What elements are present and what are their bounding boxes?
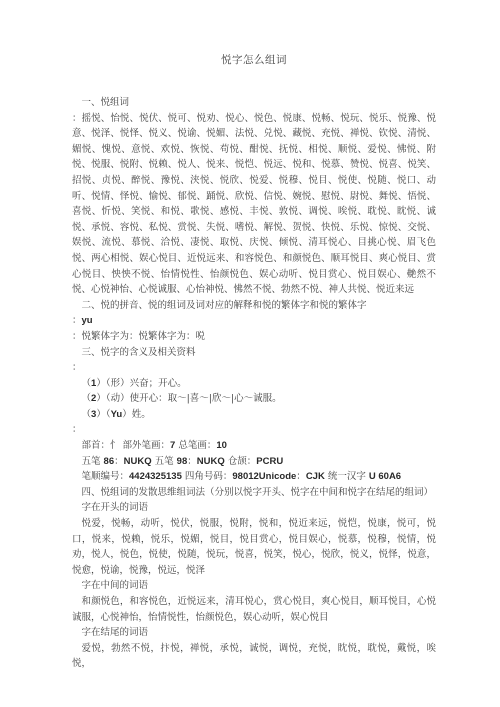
cjk-text-run: 五笔 [152,456,177,467]
latin-text-run: PCRU [256,456,283,467]
document-body: 一、悦组词：摇悦、怡悦、悦伏、悦可、悦劝、悦心、悦色、悦康、悦畅、悦玩、悦乐、悦… [72,95,436,672]
colon-line-1: ： [72,360,436,376]
section-2-heading: 二、悦的拼音、悦的组词及词对应的解释和悦的繁体字和悦的繁体字 [72,298,436,314]
section-3-heading: 三、悦字的含义及相关资料 [72,345,436,361]
word-list-start: 悦爱，悦畅，动听，悦伏，悦服，悦附，悦和，悦近来远，悦恺，悦康，悦可，悦口，悦来… [72,516,436,578]
cjk-text-run: ）（形）兴奋；开心。 [96,378,186,389]
document-page: 悦字怎么组词 一、悦组词：摇悦、怡悦、悦伏、悦可、悦劝、悦心、悦色、悦康、悦畅、… [0,0,500,707]
definition-3: （3）（Yu）姓。 [72,407,436,423]
cjk-text-run: 三、悦字的含义及相关资料 [82,347,196,358]
pinyin-line: ：yu [72,313,436,329]
cjk-text-run: 统一汉字 [325,471,369,482]
cjk-text-run: ： [114,456,124,467]
cjk-text-run: ： [72,362,82,373]
radical-stroke-line: 部首：忄 部外笔画：7 总笔画：10 [72,438,436,454]
section-1-heading: 一、悦组词 [72,95,436,111]
cjk-text-run: （ [82,378,92,389]
colon-line-2: ： [72,422,436,438]
cjk-text-run: ）姓。 [122,409,151,420]
wubi-cangjie-line: 五笔 86：NUKQ 五笔 98：NUKQ 仓颉：PCRU [72,454,436,470]
cjk-text-run: ： [72,424,82,435]
cjk-text-run: 爱悦，勃然不悦，抃悦，禅悦，承悦，诚悦，调悦，充悦，眈悦，耽悦，戴悦，唉悦， [72,643,436,670]
cjk-text-run: 字在结尾的词语 [82,627,149,638]
latin-text-run: Yu [111,409,123,420]
word-list-middle: 和颜悦色，和容悦色，近悦远来，清耳悦心，赏心悦目，爽心悦目，顺耳悦目，心悦诚服，… [72,594,436,625]
stroke-order-unicode-line: 笔顺编号：4424325135 四角号码：98012Unicode：CJK 统一… [72,469,436,485]
cjk-text-run: 笔顺编号： [82,471,130,482]
cjk-text-run: 一、悦组词 [82,97,130,108]
cjk-text-run: 仓颉： [225,456,257,467]
latin-text-run: 4424325135 [129,471,182,482]
cjk-text-run: ）（ [96,409,110,420]
traditional-form-line: ：悦繁体字为：悦繁体字为：哾 [72,329,436,345]
section-4-heading: 四、悦组词的发散思维组词法（分别以悦字开头、悦字在中间和悦字在结尾的组词） [72,485,436,501]
cjk-text-run: ： [296,471,306,482]
cjk-text-run: ：摇悦、怡悦、悦伏、悦可、悦劝、悦心、悦色、悦康、悦畅、悦玩、悦乐、悦豫、悦意、… [72,113,436,296]
cjk-text-run: 字在中间的词语 [82,580,149,591]
definition-1: （1）（形）兴奋；开心。 [72,376,436,392]
cjk-text-run: 字在开头的词语 [82,502,149,513]
subheading-middle: 字在中间的词语 [72,578,436,594]
cjk-text-run: 部首：忄 部外笔画： [82,440,171,451]
section-1-word-list: ：摇悦、怡悦、悦伏、悦可、悦劝、悦心、悦色、悦康、悦畅、悦玩、悦乐、悦豫、悦意、… [72,111,436,298]
cjk-text-run: 和颜悦色，和容悦色，近悦远来，清耳悦心，赏心悦目，爽心悦目，顺耳悦目，心悦诚服，… [72,596,436,623]
document-title: 悦字怎么组词 [72,52,436,67]
latin-text-run: 10 [216,440,227,451]
subheading-end: 字在结尾的词语 [72,625,436,641]
latin-text-run: CJK [306,471,325,482]
cjk-text-run: 总笔画： [175,440,216,451]
latin-text-run: NUKQ [124,456,152,467]
definition-2: （2）（动）使开心：取～|喜～|欣～|心～诚服。 [72,391,436,407]
cjk-text-run: 悦爱，悦畅，动听，悦伏，悦服，悦附，悦和，悦近来远，悦恺，悦康，悦可，悦口，悦来… [72,518,436,576]
cjk-text-run: （ [82,409,92,420]
cjk-text-run: ： [72,315,82,326]
latin-text-run: U 60A6 [369,471,401,482]
latin-text-run: 98 [177,456,188,467]
cjk-text-run: 四角号码： [182,471,233,482]
cjk-text-run: 四、悦组词的发散思维组词法（分别以悦字开头、悦字在中间和悦字在结尾的组词） [82,487,434,498]
latin-text-run: NUKQ [197,456,225,467]
cjk-text-run: ）（动）使开心：取～|喜～|欣～|心～诚服。 [96,393,281,404]
latin-text-run: yu [82,315,93,326]
cjk-text-run: （ [82,393,92,404]
cjk-text-run: 二、悦的拼音、悦的组词及词对应的解释和悦的繁体字和悦的繁体字 [82,300,367,311]
subheading-start: 字在开头的词语 [72,500,436,516]
latin-text-run: 98012Unicode [232,471,296,482]
word-list-end: 爱悦，勃然不悦，抃悦，禅悦，承悦，诚悦，调悦，充悦，眈悦，耽悦，戴悦，唉悦， [72,641,436,672]
cjk-text-run: ： [187,456,197,467]
latin-text-run: 86 [104,456,115,467]
cjk-text-run: 五笔 [82,456,104,467]
cjk-text-run: ：悦繁体字为：悦繁体字为：哾 [72,331,205,342]
